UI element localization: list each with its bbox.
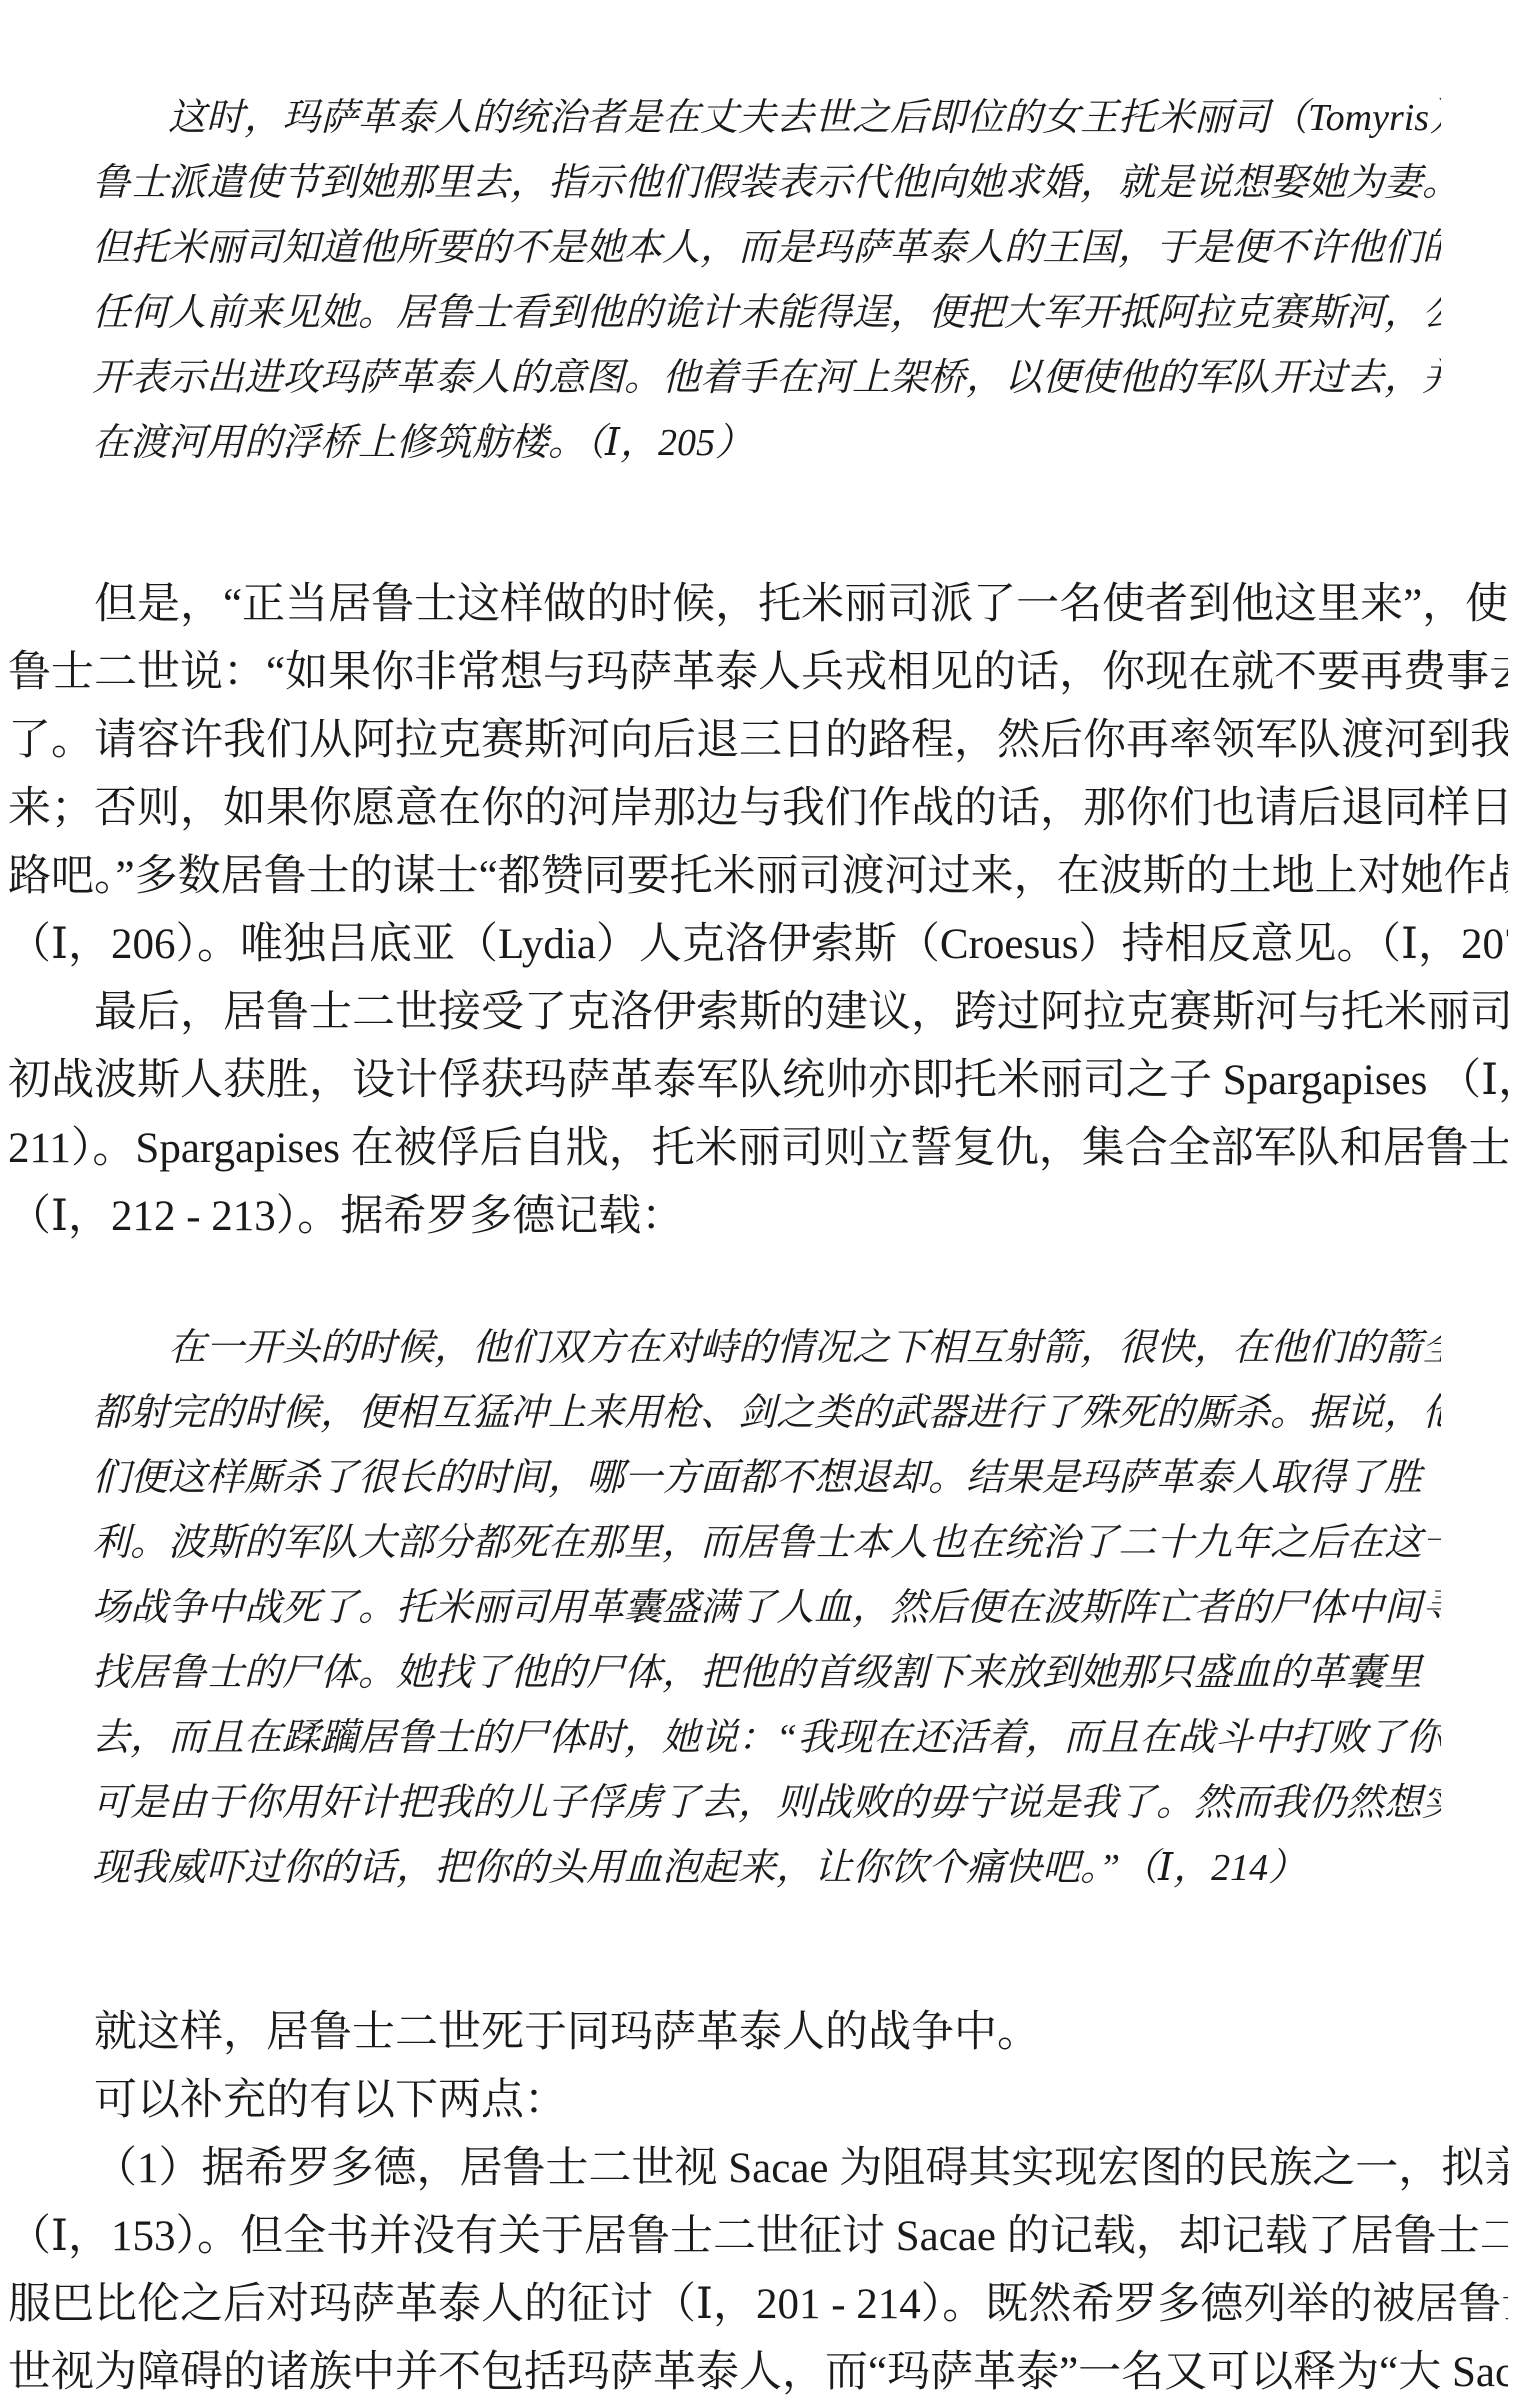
text-line: 在渡河用的浮桥上修筑舫楼。（Ⅰ，205） (92, 411, 1441, 476)
text-line: （Ⅰ，212 - 213）。据希罗多德记载： (8, 1183, 1508, 1251)
text-line: 利。波斯的军队大部分都死在那里，而居鲁士本人也在统治了二十九年之后在这一 (92, 1511, 1441, 1576)
paragraph-supplement-intro: 可以补充的有以下两点： (8, 2067, 1508, 2135)
text-line: 了。请容许我们从阿拉克赛斯河向后退三日的路程，然后你再率领军队渡河到我们国土 (8, 707, 1508, 775)
text-line: 开表示出进攻玛萨革泰人的意图。他着手在河上架桥，以便使他的军队开过去，并 (92, 346, 1441, 411)
text-line: （Ⅰ，206）。唯独吕底亚（Lydia）人克洛伊索斯（Croesus）持相反意见… (8, 911, 1508, 979)
text-line: 场战争中战死了。托米丽司用革囊盛满了人血，然后便在波斯阵亡者的尸体中间寻 (92, 1576, 1441, 1641)
text-line: 来；否则，如果你愿意在你的河岸那边与我们作战的话，那你们也请后退同样日程的道 (8, 775, 1508, 843)
text-line: 在一开头的时候，他们双方在对峙的情况之下相互射箭，很快，在他们的箭全 (92, 1316, 1441, 1381)
text-line: 们便这样厮杀了很长的时间，哪一方面都不想退却。结果是玛萨革泰人取得了胜 (92, 1446, 1441, 1511)
document-page: 这时，玛萨革泰人的统治者是在丈夫去世之后即位的女王托米丽司（Tomyris）。居… (0, 0, 1536, 2404)
text-line: 初战波斯人获胜，设计俘获玛萨革泰军队统帅亦即托米丽司之子 Spargapises… (8, 1047, 1508, 1115)
text-line: 现我威吓过你的话，把你的头用血泡起来，让你饮个痛快吧。”（Ⅰ，214） (92, 1836, 1441, 1901)
text-line: 可以补充的有以下两点： (8, 2067, 1508, 2135)
text-line: 都射完的时候，便相互猛冲上来用枪、剑之类的武器进行了殊死的厮杀。据说，他 (92, 1381, 1441, 1446)
paragraph-cyrus-death: 就这样，居鲁士二世死于同玛萨革泰人的战争中。 (8, 1999, 1508, 2067)
text-line: 世视为障碍的诸族中并不包括玛萨革泰人，而“玛萨革泰”一名又可以释为“大 Saca… (8, 2339, 1508, 2404)
text-line: 可是由于你用奸计把我的儿子俘虏了去，则战败的毋宁说是我了。然而我仍然想实 (92, 1771, 1441, 1836)
text-line: 路吧。”多数居鲁士的谋士“都赞同要托米丽司渡河过来，在波斯的土地上对她作战” (8, 843, 1508, 911)
text-line: 但是，“正当居鲁士这样做的时候，托米丽司派了一名使者到他这里来”，使者对居 (8, 571, 1508, 639)
page-content: 这时，玛萨革泰人的统治者是在丈夫去世之后即位的女王托米丽司（Tomyris）。居… (0, 86, 1536, 2404)
text-line: 去，而且在蹂躏居鲁士的尸体时，她说：“我现在还活着，而且在战斗中打败了你， (92, 1706, 1441, 1771)
text-line: 鲁士二世说：“如果你非常想与玛萨革泰人兵戎相见的话，你现在就不要再费事去架桥 (8, 639, 1508, 707)
text-line: （Ⅰ，153）。但全书并没有关于居鲁士二世征讨 Sacae 的记载，却记载了居鲁… (8, 2203, 1508, 2271)
paragraph-tomyris-envoy: 但是，“正当居鲁士这样做的时候，托米丽司派了一名使者到他这里来”，使者对居鲁士二… (8, 571, 1508, 979)
text-line: 但托米丽司知道他所要的不是她本人，而是玛萨革泰人的王国，于是便不许他们的 (92, 216, 1441, 281)
text-line: 任何人前来见她。居鲁士看到他的诡计未能得逞，便把大军开抵阿拉克赛斯河，公 (92, 281, 1441, 346)
text-line: （1）据希罗多德，居鲁士二世视 Sacae 为阻碍其实现宏图的民族之一，拟亲讨之 (8, 2135, 1508, 2203)
paragraph-supplement-point-1: （1）据希罗多德，居鲁士二世视 Sacae 为阻碍其实现宏图的民族之一，拟亲讨之… (8, 2135, 1508, 2404)
quote-herodotus-1-214: 在一开头的时候，他们双方在对峙的情况之下相互射箭，很快，在他们的箭全都射完的时候… (92, 1316, 1441, 1901)
text-line: 鲁士派遣使节到她那里去，指示他们假装表示代他向她求婚，就是说想娶她为妻。 (92, 151, 1441, 216)
paragraph-cyrus-crossing: 最后，居鲁士二世接受了克洛伊索斯的建议，跨过阿拉克赛斯河与托米丽司决战。初战波斯… (8, 979, 1508, 1251)
text-line: 这时，玛萨革泰人的统治者是在丈夫去世之后即位的女王托米丽司（Tomyris）。居 (92, 86, 1441, 151)
text-line: 最后，居鲁士二世接受了克洛伊索斯的建议，跨过阿拉克赛斯河与托米丽司决战。 (8, 979, 1508, 1047)
text-line: 服巴比伦之后对玛萨革泰人的征讨（Ⅰ，201 - 214）。既然希罗多德列举的被居… (8, 2271, 1508, 2339)
quote-herodotus-1-205: 这时，玛萨革泰人的统治者是在丈夫去世之后即位的女王托米丽司（Tomyris）。居… (92, 86, 1441, 476)
text-line: 找居鲁士的尸体。她找了他的尸体，把他的首级割下来放到她那只盛血的革囊里 (92, 1641, 1441, 1706)
text-line: 211）。Spargapises 在被俘后自戕，托米丽司则立誓复仇，集合全部军队… (8, 1115, 1508, 1183)
text-line: 就这样，居鲁士二世死于同玛萨革泰人的战争中。 (8, 1999, 1508, 2067)
